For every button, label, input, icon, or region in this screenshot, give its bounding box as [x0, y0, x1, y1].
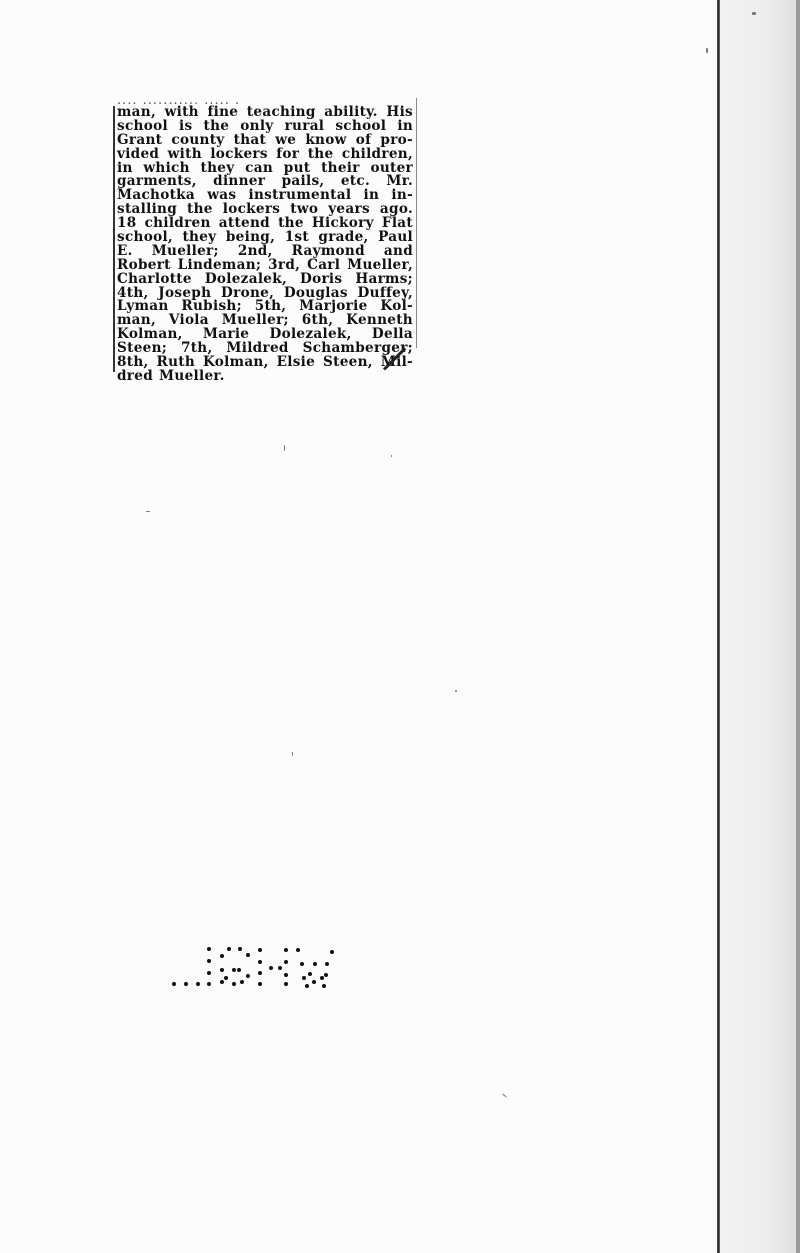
perforation-dot — [220, 954, 224, 958]
perforation-dot — [300, 962, 304, 966]
perforation-dot — [278, 966, 282, 970]
perforation-dot — [296, 948, 300, 952]
perforation-dot — [258, 982, 262, 986]
perforation-dot — [220, 968, 224, 972]
perforation-dot — [227, 947, 231, 951]
perforation-dot — [322, 984, 326, 988]
perforation-dot — [320, 976, 324, 980]
page-edge — [717, 0, 720, 1253]
perforation-dot — [258, 971, 262, 975]
perforation-stamp — [160, 930, 340, 990]
perforation-dot — [312, 980, 316, 984]
perforation-dot — [284, 973, 288, 977]
speck — [146, 511, 150, 512]
speck — [292, 752, 293, 756]
perforation-dot — [305, 984, 309, 988]
clipping-border-right — [416, 98, 417, 348]
clipping-border — [113, 106, 115, 372]
perforation-dot — [207, 982, 211, 986]
perforation-dot — [172, 982, 176, 986]
perforation-dot — [184, 982, 188, 986]
perforation-dot — [232, 968, 236, 972]
perforation-dot — [207, 971, 211, 975]
scan-edge — [796, 0, 800, 1253]
perforation-dot — [207, 959, 211, 963]
article-text: man, with fine teaching ability. Hisscho… — [117, 106, 413, 384]
perforation-dot — [240, 980, 244, 984]
perforation-dot — [246, 974, 250, 978]
perforation-dot — [325, 962, 329, 966]
scanned-page: .... .........., ..... . man, with fine … — [0, 0, 800, 1253]
perforation-dot — [196, 982, 200, 986]
perforation-dot — [324, 973, 328, 977]
perforation-dot — [232, 982, 236, 986]
perforation-dot — [313, 962, 317, 966]
perforation-dot — [269, 966, 273, 970]
perforation-dot — [308, 972, 312, 976]
perforation-dot — [284, 982, 288, 986]
perforation-dot — [330, 950, 334, 954]
speck — [752, 12, 756, 15]
perforation-dot — [246, 953, 250, 957]
perforation-dot — [258, 960, 262, 964]
speck — [706, 48, 708, 53]
perforation-dot — [220, 980, 224, 984]
perforation-dot — [238, 947, 242, 951]
perforation-dot — [224, 976, 228, 980]
page-margin — [720, 0, 800, 1253]
speck — [502, 1094, 506, 1098]
speck — [284, 445, 285, 451]
perforation-dot — [258, 948, 262, 952]
perforation-dot — [284, 948, 288, 952]
speck — [391, 455, 392, 457]
speck — [455, 690, 457, 692]
perforation-dot — [284, 960, 288, 964]
perforation-dot — [302, 976, 306, 980]
newspaper-clipping: .... .........., ..... . man, with fine … — [113, 98, 415, 374]
perforation-dot — [237, 968, 241, 972]
article-line: dred Mueller. — [117, 370, 413, 384]
perforation-dot — [207, 947, 211, 951]
